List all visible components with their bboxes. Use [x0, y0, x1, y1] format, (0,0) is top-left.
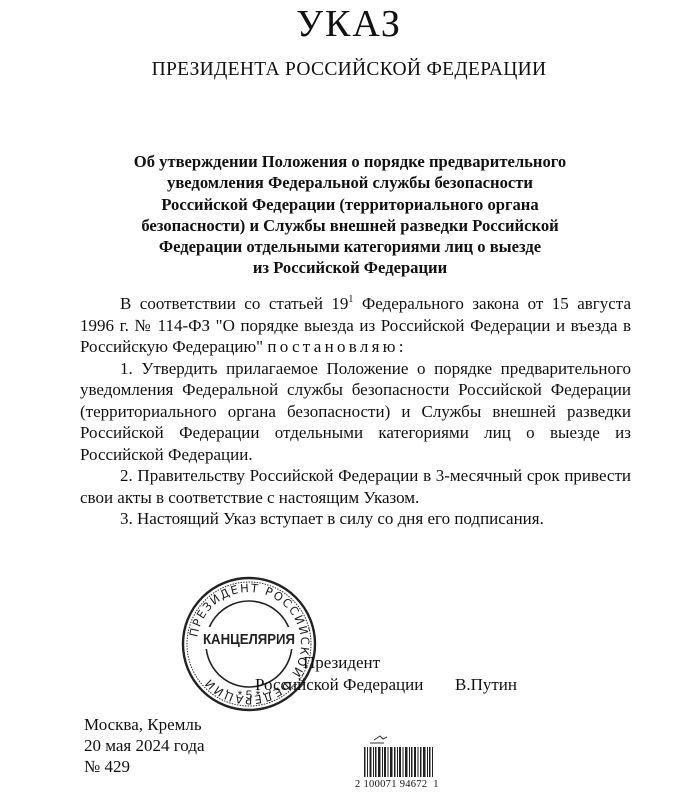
svg-text:КАНЦЕЛЯРИЯ: КАНЦЕЛЯРИЯ [203, 631, 295, 648]
item-3: 3. Настоящий Указ вступает в силу со дня… [80, 508, 631, 530]
signer-name: В.Путин [455, 674, 517, 696]
signer-position-line1: Президент [255, 652, 423, 674]
date: 20 мая 2024 года [84, 735, 205, 756]
decree-word: постановляю: [267, 337, 406, 356]
item-2: 2. Правительству Российской Федерации в … [80, 465, 631, 508]
decree-heading: Об утверждении Положения о порядке предв… [90, 151, 610, 279]
heading-line: Об утверждении Положения о порядке предв… [90, 151, 610, 172]
item-1: 1. Утвердить прилагаемое Положение о пор… [80, 358, 631, 466]
preamble-paragraph: В соответствии со статьей 191 Федерально… [80, 293, 631, 358]
heading-line: Федерации отдельными категориями лиц о в… [90, 236, 610, 257]
place: Москва, Кремль [84, 714, 205, 735]
signature-block: Президент Российской Федерации [255, 652, 423, 696]
barcode-digits: 2 100071 94672 1 [355, 779, 439, 790]
heading-line: из Российской Федерации [90, 257, 610, 278]
signer-position-line2: Российской Федерации [255, 674, 423, 696]
decree-number: № 429 [84, 756, 205, 777]
heading-line: уведомления Федеральной службы безопасно… [90, 172, 610, 193]
place-date-block: Москва, Кремль 20 мая 2024 года № 429 [84, 714, 205, 777]
document-title: УКАЗ [0, 2, 698, 46]
preamble-text-1: В соответствии со статьей 19 [120, 294, 348, 313]
heading-line: безопасности) и Службы внешней разведки … [90, 215, 610, 236]
document-subtitle: ПРЕЗИДЕНТА РОССИЙСКОЙ ФЕДЕРАЦИИ [0, 58, 698, 82]
decree-body: В соответствии со статьей 191 Федерально… [80, 293, 631, 530]
heading-line: Российской Федерации (территориального о… [90, 194, 610, 215]
